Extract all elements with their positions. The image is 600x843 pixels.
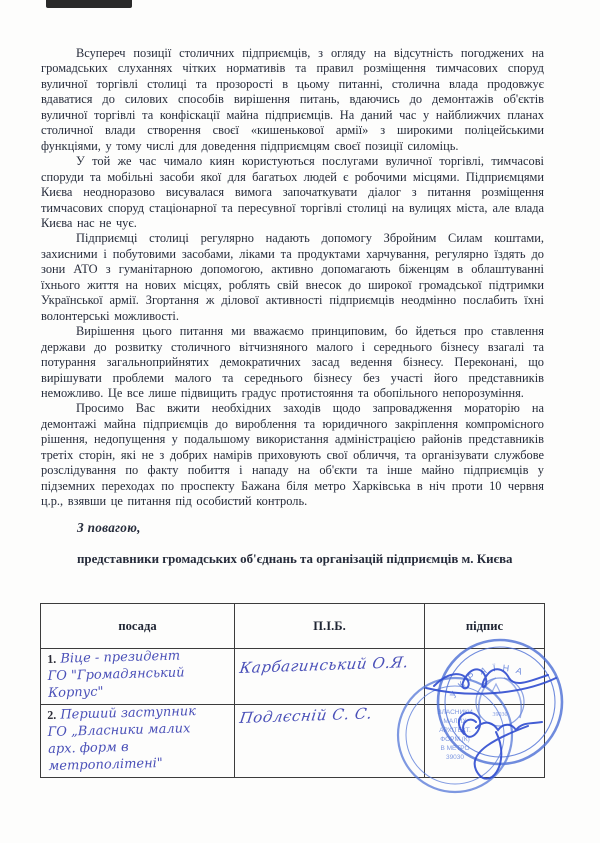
header-position: посада bbox=[41, 604, 235, 649]
handwritten-position-2: 2. Перший заступник ГО „Власники малих а… bbox=[47, 702, 230, 775]
position-cell-1: 1. Віце - президент ГО "Громадянський Ко… bbox=[41, 649, 235, 705]
table-row: 2. Перший заступник ГО „Власники малих а… bbox=[41, 705, 545, 778]
handwritten-name-2: Подлєсній С. С. bbox=[238, 704, 373, 727]
header-fullname: П.І.Б. bbox=[235, 604, 425, 649]
paragraph-4: Вирішення цього питання ми вважаємо прин… bbox=[41, 324, 544, 401]
paragraph-1: Всупереч позиції столичних підприємців, … bbox=[41, 46, 544, 154]
scanner-edge-artifact bbox=[46, 0, 132, 8]
signature-table: посада П.І.Б. підпис 1. Віце - президент… bbox=[40, 603, 545, 778]
name-cell-2: Подлєсній С. С. bbox=[235, 705, 425, 778]
row-number-2: 2. bbox=[47, 708, 56, 722]
paragraph-2: У той же час чимало киян користуються по… bbox=[41, 154, 544, 231]
closing-salutation: З повагою, bbox=[77, 520, 544, 536]
position-2-line-1: Перший заступник bbox=[60, 704, 196, 723]
signatories-line: представники громадських об'єднань та ор… bbox=[77, 552, 544, 567]
row-number-1: 1. bbox=[47, 652, 56, 666]
name-cell-1: Карбагинський О.Я. bbox=[235, 649, 425, 705]
handwritten-position-1: 1. Віце - президент ГО "Громадянський Ко… bbox=[47, 646, 229, 702]
position-1-line-2: ГО "Громадянський Корпус" bbox=[47, 665, 184, 701]
handwritten-name-1: Карбагинський О.Я. bbox=[238, 653, 409, 677]
position-2-line-3: арх. форм в метрополітені" bbox=[48, 740, 163, 774]
paragraph-3: Підприємці столиці регулярно надають доп… bbox=[41, 231, 544, 324]
position-1-line-1: Віце - президент bbox=[60, 649, 180, 667]
table-header-row: посада П.І.Б. підпис bbox=[41, 604, 545, 649]
header-signature: підпис bbox=[425, 604, 545, 649]
position-2-line-2: ГО „Власники малих bbox=[47, 721, 190, 740]
paragraph-5: Просимо Вас вжити необхідних заходів щод… bbox=[41, 401, 544, 509]
signature-cell-1 bbox=[425, 649, 545, 705]
letter-body: Всупереч позиції столичних підприємців, … bbox=[41, 46, 544, 567]
scanned-letter-page: Всупереч позиції столичних підприємців, … bbox=[0, 0, 600, 843]
position-cell-2: 2. Перший заступник ГО „Власники малих а… bbox=[41, 705, 235, 778]
table-row: 1. Віце - президент ГО "Громадянський Ко… bbox=[41, 649, 545, 705]
signature-cell-2 bbox=[425, 705, 545, 778]
